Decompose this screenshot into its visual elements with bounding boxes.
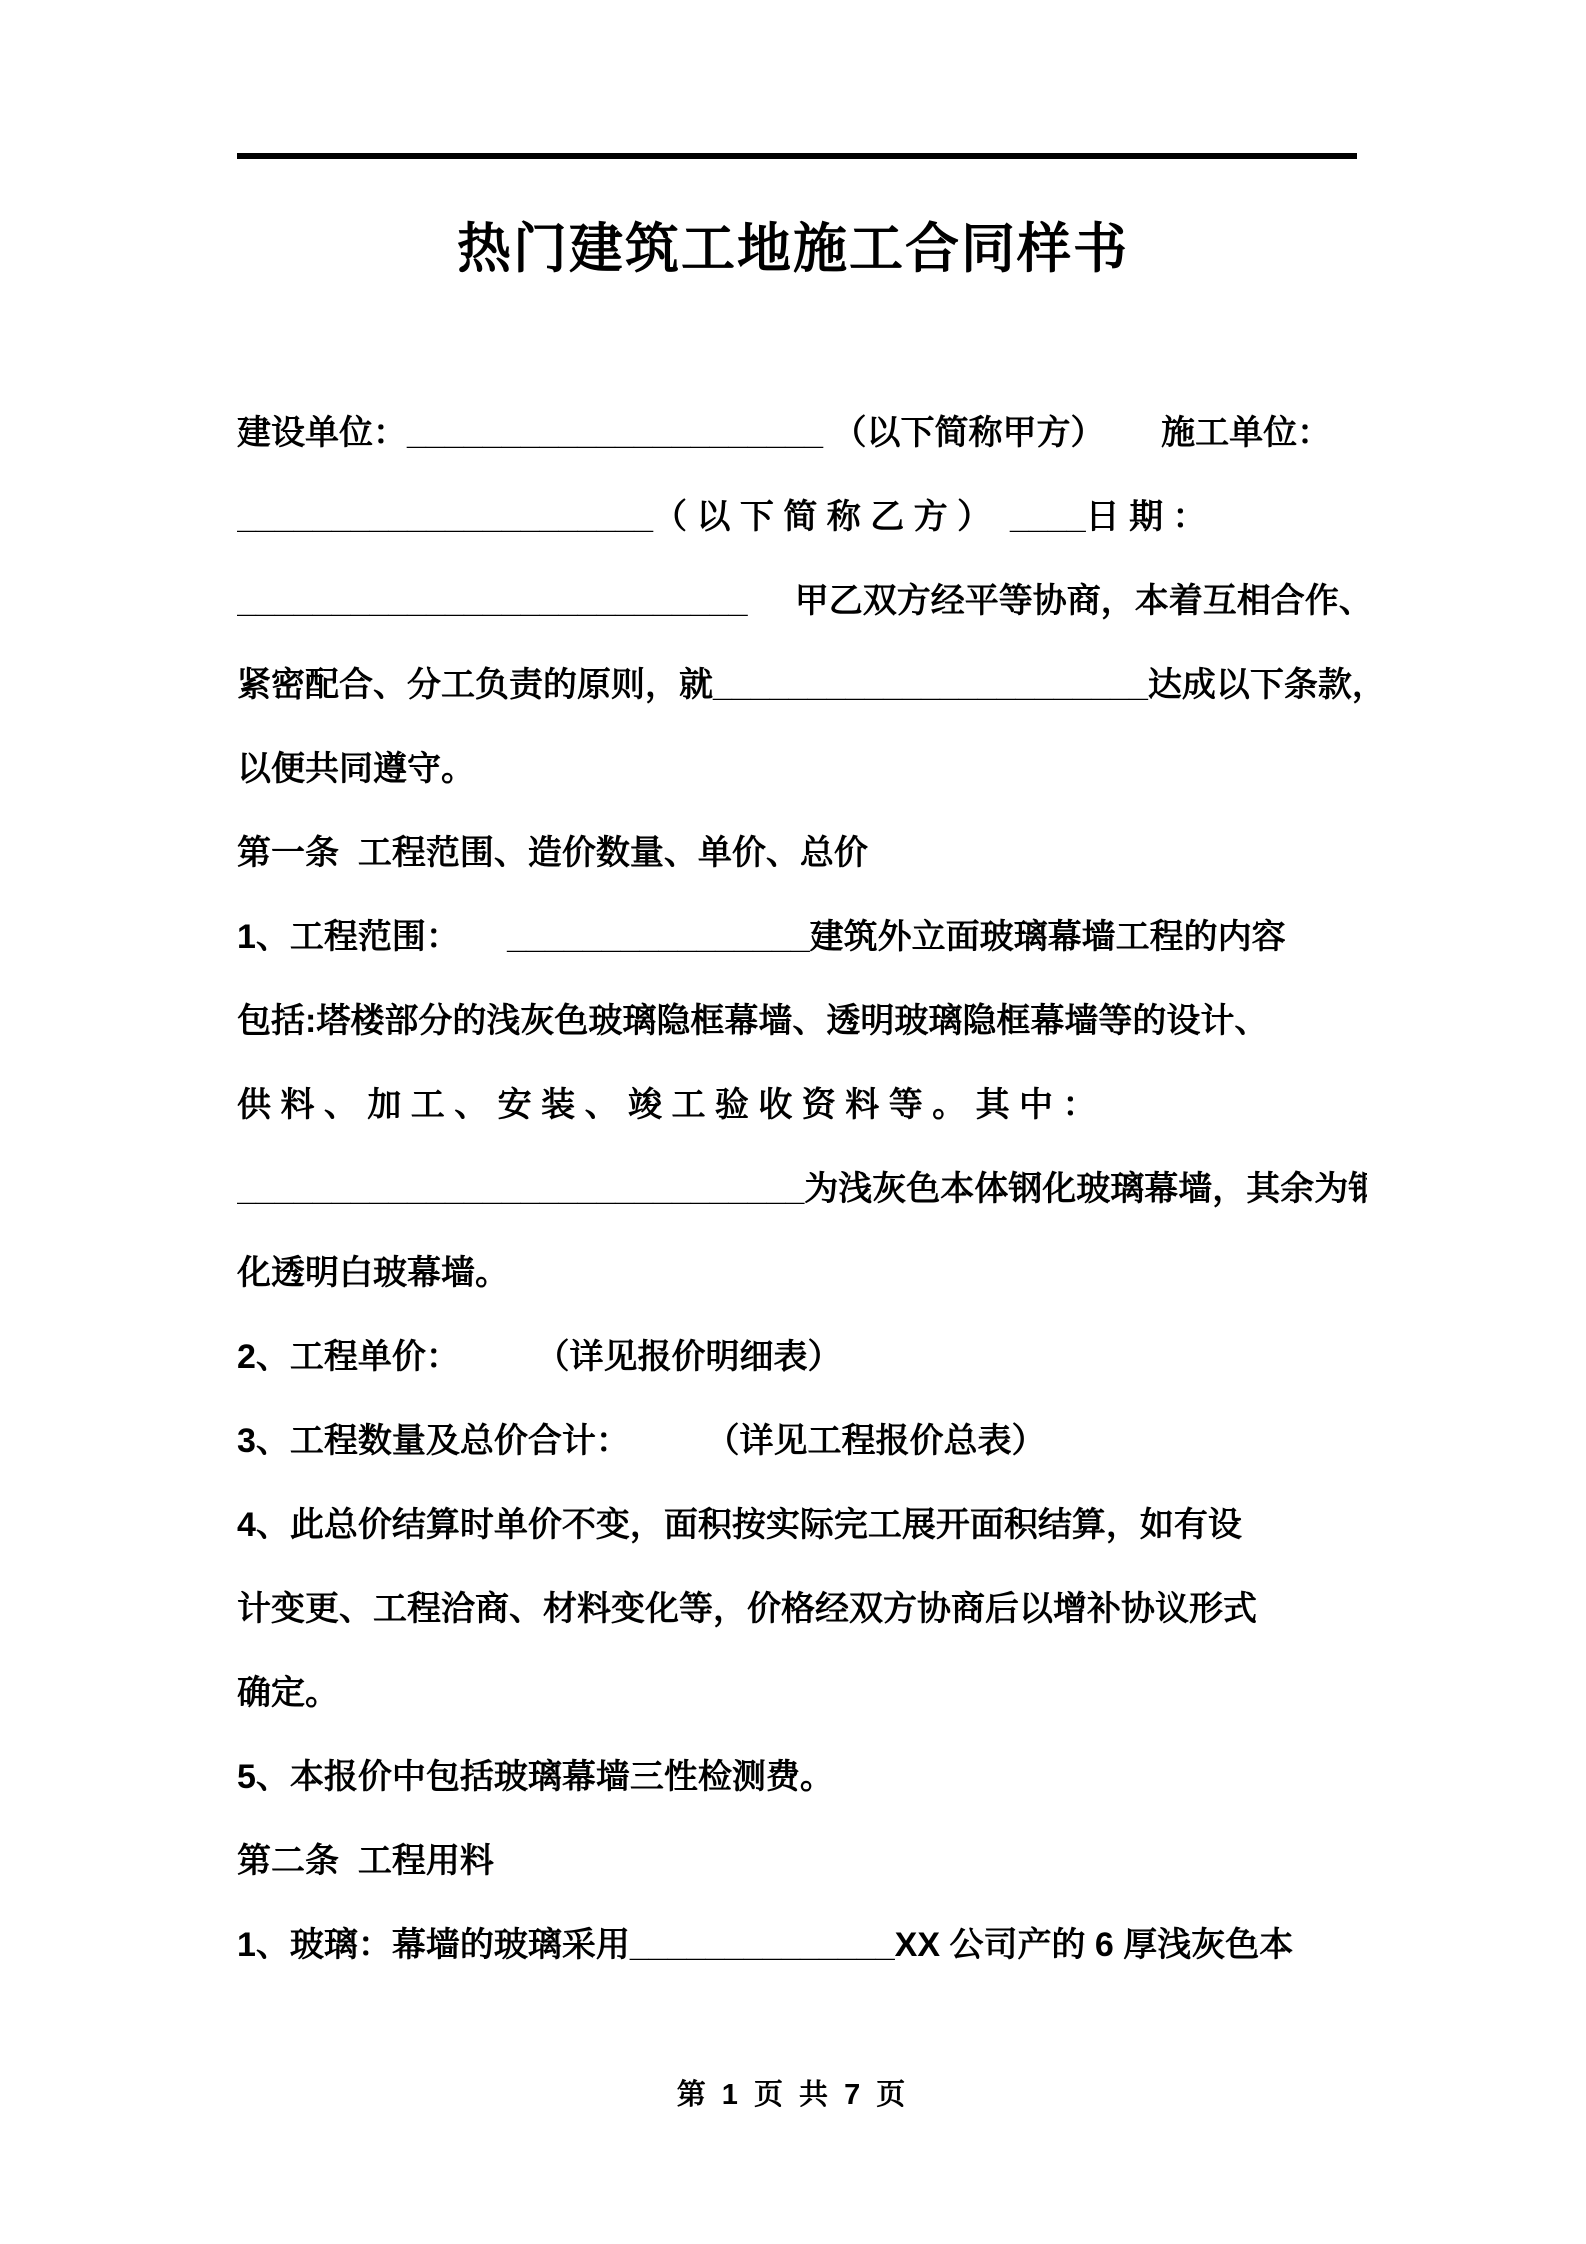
section-heading: 第一条 工程范围、造价数量、单价、总价	[237, 811, 1367, 895]
paragraph-line: 3、工程数量及总价合计： （详见工程报价总表）	[237, 1399, 1367, 1483]
paragraph-line: 包括:塔楼部分的浅灰色玻璃隐框幕墙、透明玻璃隐框幕墙等的设计、	[237, 979, 1367, 1063]
paragraph-line: 紧密配合、分工负责的原则，就_______________________达成以…	[237, 643, 1367, 727]
paragraph-line: 建设单位：______________________ （以下简称甲方） 施工单…	[237, 391, 1367, 475]
paragraph-line: 化透明白玻幕墙。	[237, 1231, 1367, 1315]
paragraph-line: 以便共同遵守。	[237, 727, 1367, 811]
paragraph-line: 1、工程范围： ________________建筑外立面玻璃幕墙工程的内容	[237, 895, 1367, 979]
paragraph-line: ______________________（ 以 下 简 称 乙 方 ） __…	[237, 475, 1367, 559]
paragraph-line: 5、本报价中包括玻璃幕墙三性检测费。	[237, 1735, 1367, 1819]
document-page: 热门建筑工地施工合同样书 建设单位：______________________…	[0, 0, 1586, 2244]
paragraph-line: ______________________________为浅灰色本体钢化玻璃…	[237, 1147, 1367, 1231]
paragraph-line: 1、玻璃：幕墙的玻璃采用______________XX 公司产的 6 厚浅灰色…	[237, 1903, 1367, 1987]
page-number-footer: 第 1 页 共 7 页	[0, 2072, 1586, 2113]
header-rule	[237, 153, 1357, 159]
paragraph-line: 供 料 、 加 工 、 安 装 、 竣 工 验 收 资 料 等 。 其 中 ：	[237, 1063, 1367, 1147]
paragraph-line: 确定。	[237, 1651, 1367, 1735]
document-body: 建设单位：______________________ （以下简称甲方） 施工单…	[237, 391, 1367, 1987]
paragraph-line: ___________________________ 甲乙双方经平等协商，本着…	[237, 559, 1367, 643]
document-title: 热门建筑工地施工合同样书	[0, 206, 1586, 283]
paragraph-line: 2、工程单价： （详见报价明细表）	[237, 1315, 1367, 1399]
section-heading: 第二条 工程用料	[237, 1819, 1367, 1903]
paragraph-line: 4、此总价结算时单价不变，面积按实际完工展开面积结算，如有设	[237, 1483, 1367, 1567]
paragraph-line: 计变更、工程洽商、材料变化等，价格经双方协商后以增补协议形式	[237, 1567, 1367, 1651]
